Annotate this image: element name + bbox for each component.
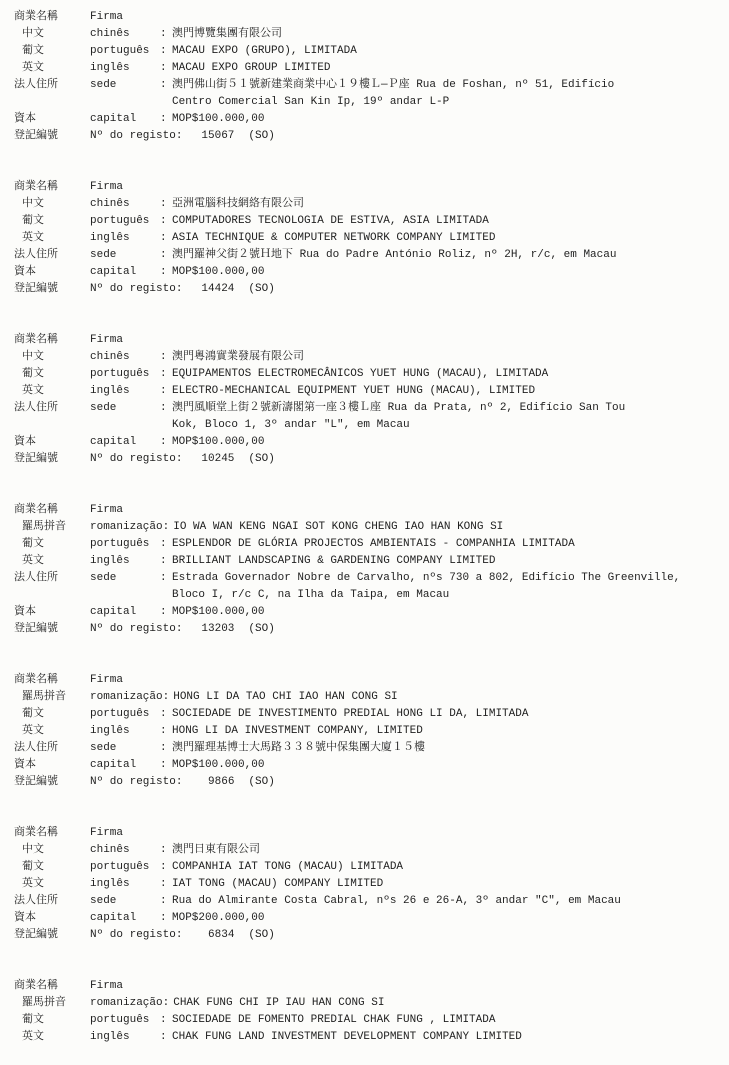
name-row-chinese: 中文 chinês : 亞洲電腦科技網絡有限公司 bbox=[14, 196, 719, 213]
registo-label-pt: Nº do registo: bbox=[90, 927, 182, 944]
label-zh: 羅馬拼音 bbox=[14, 995, 90, 1012]
company-name-portuguese: SOCIEDADE DE FOMENTO PREDIAL CHAK FUNG ,… bbox=[172, 1012, 495, 1029]
colon: : bbox=[160, 553, 172, 570]
registration-number: 14424 bbox=[182, 281, 234, 298]
label-zh: 葡文 bbox=[14, 1012, 90, 1029]
firma-label-pt: Firma bbox=[90, 9, 160, 26]
colon: : bbox=[160, 876, 172, 893]
colon: : bbox=[160, 264, 172, 281]
firma-label-zh: 商業名稱 bbox=[14, 9, 90, 26]
firma-row: 商業名稱 Firma bbox=[14, 672, 719, 689]
name-row-romanization: 羅馬拼音 romanização: HONG LI DA TAO CHI IAO… bbox=[14, 689, 719, 706]
colon: : bbox=[160, 842, 172, 859]
capital-label-pt: capital bbox=[90, 757, 160, 774]
colon: : bbox=[160, 213, 172, 230]
name-row-portuguese: 葡文 português : ESPLENDOR DE GLÓRIA PROJE… bbox=[14, 536, 719, 553]
capital-value: MOP$100.000,00 bbox=[172, 604, 264, 621]
registration-note: (SO) bbox=[248, 774, 274, 791]
colon: : bbox=[160, 723, 172, 740]
label-zh: 葡文 bbox=[14, 536, 90, 553]
label-pt: português bbox=[90, 43, 160, 60]
sede-label-pt: sede bbox=[90, 893, 160, 910]
company-name-chinese: 澳門粵鴻實業發展有限公司 bbox=[172, 349, 304, 366]
registo-label-pt: Nº do registo: bbox=[90, 128, 182, 145]
name-row-chinese: 中文 chinês : 澳門博覽集團有限公司 bbox=[14, 26, 719, 43]
sede-continuation-row: Kok, Bloco 1, 3º andar "L", em Macau bbox=[14, 417, 719, 434]
company-name-portuguese: COMPANHIA IAT TONG (MACAU) LIMITADA bbox=[172, 859, 403, 876]
company-name-portuguese: SOCIEDADE DE INVESTIMENTO PREDIAL HONG L… bbox=[172, 706, 528, 723]
sede-label-zh: 法人住所 bbox=[14, 740, 90, 757]
colon: : bbox=[160, 740, 172, 757]
company-name-romanized: CHAK FUNG CHI IP IAU HAN CONG SI bbox=[173, 995, 384, 1012]
registration-number: 6834 bbox=[182, 927, 234, 944]
capital-row: 資本 capital : MOP$100.000,00 bbox=[14, 604, 719, 621]
capital-label-zh: 資本 bbox=[14, 910, 90, 927]
name-row-english: 英文 inglês : HONG LI DA INVESTMENT COMPAN… bbox=[14, 723, 719, 740]
label-pt: português bbox=[90, 859, 160, 876]
sede-label-pt: sede bbox=[90, 570, 160, 587]
name-row-portuguese: 葡文 português : SOCIEDADE DE FOMENTO PRED… bbox=[14, 1012, 719, 1029]
label-pt: romanização: bbox=[90, 519, 169, 536]
colon: : bbox=[160, 604, 172, 621]
name-row-chinese: 中文 chinês : 澳門粵鴻實業發展有限公司 bbox=[14, 349, 719, 366]
label-zh: 葡文 bbox=[14, 859, 90, 876]
sede-label-zh: 法人住所 bbox=[14, 77, 90, 94]
registry-page: 商業名稱 Firma 中文 chinês : 澳門博覽集團有限公司 葡文 por… bbox=[0, 0, 729, 1046]
capital-label-pt: capital bbox=[90, 111, 160, 128]
company-name-english: IAT TONG (MACAU) COMPANY LIMITED bbox=[172, 876, 383, 893]
label-pt: chinês bbox=[90, 349, 160, 366]
firma-row: 商業名稱 Firma bbox=[14, 502, 719, 519]
colon: : bbox=[160, 366, 172, 383]
name-row-romanization: 羅馬拼音 romanização: IO WA WAN KENG NGAI SO… bbox=[14, 519, 719, 536]
company-name-portuguese: ESPLENDOR DE GLÓRIA PROJECTOS AMBIENTAIS… bbox=[172, 536, 575, 553]
firma-label-pt: Firma bbox=[90, 825, 160, 842]
sede-row: 法人住所 sede : 澳門羅神父街２號Ｈ地下 Rua do Padre Ant… bbox=[14, 247, 719, 264]
label-zh: 英文 bbox=[14, 876, 90, 893]
registo-row: 登記編號 Nº do registo: 15067 (SO) bbox=[14, 128, 719, 145]
name-row-romanization: 羅馬拼音 romanização: CHAK FUNG CHI IP IAU H… bbox=[14, 995, 719, 1012]
colon: : bbox=[160, 757, 172, 774]
label-zh: 葡文 bbox=[14, 366, 90, 383]
colon: : bbox=[160, 196, 172, 213]
label-pt: romanização: bbox=[90, 689, 169, 706]
address-line: Kok, Bloco 1, 3º andar "L", em Macau bbox=[172, 417, 410, 434]
company-name-chinese: 亞洲電腦科技網絡有限公司 bbox=[172, 196, 304, 213]
colon: : bbox=[160, 230, 172, 247]
registration-number: 9866 bbox=[182, 774, 234, 791]
company-name-portuguese: MACAU EXPO (GRUPO), LIMITADA bbox=[172, 43, 357, 60]
sede-label-pt: sede bbox=[90, 400, 160, 417]
label-zh: 羅馬拼音 bbox=[14, 519, 90, 536]
label-pt: inglês bbox=[90, 876, 160, 893]
company-name-portuguese: EQUIPAMENTOS ELECTROMECÂNICOS YUET HUNG … bbox=[172, 366, 548, 383]
firma-label-zh: 商業名稱 bbox=[14, 825, 90, 842]
label-zh: 葡文 bbox=[14, 213, 90, 230]
label-pt: português bbox=[90, 1012, 160, 1029]
sede-row: 法人住所 sede : Estrada Governador Nobre de … bbox=[14, 570, 719, 587]
label-zh: 中文 bbox=[14, 349, 90, 366]
company-name-chinese: 澳門博覽集團有限公司 bbox=[172, 26, 282, 43]
name-row-portuguese: 葡文 português : EQUIPAMENTOS ELECTROMECÂN… bbox=[14, 366, 719, 383]
name-row-english: 英文 inglês : ASIA TECHNIQUE & COMPUTER NE… bbox=[14, 230, 719, 247]
registry-entry-6: 商業名稱 Firma 中文 chinês : 澳門日東有限公司 葡文 portu… bbox=[14, 825, 719, 944]
colon: : bbox=[160, 570, 172, 587]
colon: : bbox=[160, 910, 172, 927]
capital-label-pt: capital bbox=[90, 264, 160, 281]
firma-label-pt: Firma bbox=[90, 179, 160, 196]
firma-label-zh: 商業名稱 bbox=[14, 978, 90, 995]
registration-number: 13203 bbox=[182, 621, 234, 638]
label-zh: 羅馬拼音 bbox=[14, 689, 90, 706]
firma-label-zh: 商業名稱 bbox=[14, 179, 90, 196]
name-row-english: 英文 inglês : ELECTRO-MECHANICAL EQUIPMENT… bbox=[14, 383, 719, 400]
label-pt: chinês bbox=[90, 26, 160, 43]
company-name-portuguese: COMPUTADORES TECNOLOGIA DE ESTIVA, ASIA … bbox=[172, 213, 489, 230]
firma-label-pt: Firma bbox=[90, 502, 160, 519]
firma-row: 商業名稱 Firma bbox=[14, 9, 719, 26]
capital-label-zh: 資本 bbox=[14, 434, 90, 451]
firma-row: 商業名稱 Firma bbox=[14, 978, 719, 995]
label-zh: 英文 bbox=[14, 1029, 90, 1046]
colon: : bbox=[160, 1029, 172, 1046]
registry-entry-1: 商業名稱 Firma 中文 chinês : 澳門博覽集團有限公司 葡文 por… bbox=[14, 9, 719, 145]
registo-label-pt: Nº do registo: bbox=[90, 774, 182, 791]
name-row-portuguese: 葡文 português : MACAU EXPO (GRUPO), LIMIT… bbox=[14, 43, 719, 60]
registo-label-zh: 登記編號 bbox=[14, 128, 90, 145]
sede-label-pt: sede bbox=[90, 247, 160, 264]
label-zh: 英文 bbox=[14, 553, 90, 570]
address-line: Rua do Almirante Costa Cabral, nºs 26 e … bbox=[172, 893, 621, 910]
registo-label-zh: 登記編號 bbox=[14, 281, 90, 298]
label-zh: 英文 bbox=[14, 230, 90, 247]
registration-note: (SO) bbox=[248, 128, 274, 145]
capital-row: 資本 capital : MOP$100.000,00 bbox=[14, 757, 719, 774]
label-zh: 英文 bbox=[14, 723, 90, 740]
colon: : bbox=[160, 77, 172, 94]
colon: : bbox=[160, 349, 172, 366]
registo-row: 登記編號 Nº do registo: 10245 (SO) bbox=[14, 451, 719, 468]
capital-row: 資本 capital : MOP$100.000,00 bbox=[14, 434, 719, 451]
label-zh: 中文 bbox=[14, 842, 90, 859]
firma-label-pt: Firma bbox=[90, 672, 160, 689]
colon: : bbox=[160, 26, 172, 43]
registo-row: 登記編號 Nº do registo: 9866 (SO) bbox=[14, 774, 719, 791]
registo-label-zh: 登記編號 bbox=[14, 621, 90, 638]
firma-row: 商業名稱 Firma bbox=[14, 332, 719, 349]
registry-entry-3: 商業名稱 Firma 中文 chinês : 澳門粵鴻實業發展有限公司 葡文 p… bbox=[14, 332, 719, 468]
capital-label-zh: 資本 bbox=[14, 264, 90, 281]
firma-label-zh: 商業名稱 bbox=[14, 502, 90, 519]
company-name-english: BRILLIANT LANDSCAPING & GARDENING COMPAN… bbox=[172, 553, 495, 570]
registo-row: 登記編號 Nº do registo: 13203 (SO) bbox=[14, 621, 719, 638]
registo-label-pt: Nº do registo: bbox=[90, 451, 182, 468]
colon: : bbox=[160, 893, 172, 910]
sede-label-zh: 法人住所 bbox=[14, 893, 90, 910]
capital-label-zh: 資本 bbox=[14, 111, 90, 128]
name-row-english: 英文 inglês : CHAK FUNG LAND INVESTMENT DE… bbox=[14, 1029, 719, 1046]
name-row-english: 英文 inglês : BRILLIANT LANDSCAPING & GARD… bbox=[14, 553, 719, 570]
label-pt: inglês bbox=[90, 383, 160, 400]
address-line: Centro Comercial San Kin Ip, 19º andar L… bbox=[172, 94, 449, 111]
registration-note: (SO) bbox=[248, 927, 274, 944]
capital-row: 資本 capital : MOP$100.000,00 bbox=[14, 264, 719, 281]
capital-value: MOP$100.000,00 bbox=[172, 434, 264, 451]
registration-note: (SO) bbox=[248, 451, 274, 468]
firma-row: 商業名稱 Firma bbox=[14, 179, 719, 196]
sede-row: 法人住所 sede : Rua do Almirante Costa Cabra… bbox=[14, 893, 719, 910]
name-row-portuguese: 葡文 português : COMPUTADORES TECNOLOGIA D… bbox=[14, 213, 719, 230]
name-row-portuguese: 葡文 português : COMPANHIA IAT TONG (MACAU… bbox=[14, 859, 719, 876]
capital-value: MOP$200.000,00 bbox=[172, 910, 264, 927]
company-name-romanized: HONG LI DA TAO CHI IAO HAN CONG SI bbox=[173, 689, 397, 706]
registo-label-zh: 登記編號 bbox=[14, 451, 90, 468]
registration-number: 10245 bbox=[182, 451, 234, 468]
company-name-english: CHAK FUNG LAND INVESTMENT DEVELOPMENT CO… bbox=[172, 1029, 522, 1046]
colon: : bbox=[160, 400, 172, 417]
company-name-english: ASIA TECHNIQUE & COMPUTER NETWORK COMPAN… bbox=[172, 230, 495, 247]
registo-label-pt: Nº do registo: bbox=[90, 621, 182, 638]
name-row-english: 英文 inglês : MACAU EXPO GROUP LIMITED bbox=[14, 60, 719, 77]
sede-row: 法人住所 sede : 澳門羅理基博士大馬路３３８號中保集團大廈１５樓 bbox=[14, 740, 719, 757]
registry-entry-4: 商業名稱 Firma 羅馬拼音 romanização: IO WA WAN K… bbox=[14, 502, 719, 638]
colon: : bbox=[160, 43, 172, 60]
label-pt: inglês bbox=[90, 1029, 160, 1046]
name-row-english: 英文 inglês : IAT TONG (MACAU) COMPANY LIM… bbox=[14, 876, 719, 893]
label-pt: chinês bbox=[90, 842, 160, 859]
sede-label-pt: sede bbox=[90, 740, 160, 757]
capital-row: 資本 capital : MOP$100.000,00 bbox=[14, 111, 719, 128]
registo-label-pt: Nº do registo: bbox=[90, 281, 182, 298]
address-line: 澳門羅神父街２號Ｈ地下 Rua do Padre António Roliz, … bbox=[172, 247, 616, 264]
address-line: 澳門風順堂上街２號新濤閣第一座３樓Ｌ座 Rua da Prata, nº 2, … bbox=[172, 400, 625, 417]
registo-label-zh: 登記編號 bbox=[14, 927, 90, 944]
label-zh: 中文 bbox=[14, 26, 90, 43]
label-zh: 葡文 bbox=[14, 706, 90, 723]
capital-label-pt: capital bbox=[90, 910, 160, 927]
colon: : bbox=[160, 1012, 172, 1029]
label-pt: chinês bbox=[90, 196, 160, 213]
capital-label-pt: capital bbox=[90, 434, 160, 451]
sede-label-zh: 法人住所 bbox=[14, 247, 90, 264]
label-pt: inglês bbox=[90, 60, 160, 77]
firma-label-pt: Firma bbox=[90, 978, 160, 995]
registo-row: 登記編號 Nº do registo: 6834 (SO) bbox=[14, 927, 719, 944]
registo-label-zh: 登記編號 bbox=[14, 774, 90, 791]
label-pt: português bbox=[90, 366, 160, 383]
capital-value: MOP$100.000,00 bbox=[172, 757, 264, 774]
capital-label-zh: 資本 bbox=[14, 757, 90, 774]
colon: : bbox=[160, 434, 172, 451]
sede-row: 法人住所 sede : 澳門風順堂上街２號新濤閣第一座３樓Ｌ座 Rua da P… bbox=[14, 400, 719, 417]
colon: : bbox=[160, 859, 172, 876]
company-name-romanized: IO WA WAN KENG NGAI SOT KONG CHENG IAO H… bbox=[173, 519, 503, 536]
capital-label-zh: 資本 bbox=[14, 604, 90, 621]
colon: : bbox=[160, 111, 172, 128]
label-pt: português bbox=[90, 213, 160, 230]
sede-continuation-row: Centro Comercial San Kin Ip, 19º andar L… bbox=[14, 94, 719, 111]
company-name-english: HONG LI DA INVESTMENT COMPANY, LIMITED bbox=[172, 723, 423, 740]
label-pt: português bbox=[90, 706, 160, 723]
sede-continuation-row: Bloco I, r/c C, na Ilha da Taipa, em Mac… bbox=[14, 587, 719, 604]
address-line: Bloco I, r/c C, na Ilha da Taipa, em Mac… bbox=[172, 587, 449, 604]
label-pt: inglês bbox=[90, 723, 160, 740]
capital-value: MOP$100.000,00 bbox=[172, 111, 264, 128]
capital-value: MOP$100.000,00 bbox=[172, 264, 264, 281]
company-name-english: ELECTRO-MECHANICAL EQUIPMENT YUET HUNG (… bbox=[172, 383, 535, 400]
name-row-portuguese: 葡文 português : SOCIEDADE DE INVESTIMENTO… bbox=[14, 706, 719, 723]
company-name-chinese: 澳門日東有限公司 bbox=[172, 842, 260, 859]
firma-label-zh: 商業名稱 bbox=[14, 672, 90, 689]
capital-row: 資本 capital : MOP$200.000,00 bbox=[14, 910, 719, 927]
label-pt: romanização: bbox=[90, 995, 169, 1012]
label-zh: 中文 bbox=[14, 196, 90, 213]
firma-label-pt: Firma bbox=[90, 332, 160, 349]
registration-note: (SO) bbox=[248, 621, 274, 638]
firma-row: 商業名稱 Firma bbox=[14, 825, 719, 842]
registry-entry-5: 商業名稱 Firma 羅馬拼音 romanização: HONG LI DA … bbox=[14, 672, 719, 791]
sede-label-pt: sede bbox=[90, 77, 160, 94]
sede-label-zh: 法人住所 bbox=[14, 570, 90, 587]
company-name-english: MACAU EXPO GROUP LIMITED bbox=[172, 60, 330, 77]
capital-label-pt: capital bbox=[90, 604, 160, 621]
address-line: 澳門佛山街５１號新建業商業中心１９樓Ｌ—Ｐ座 Rua de Foshan, nº… bbox=[172, 77, 614, 94]
registration-note: (SO) bbox=[248, 281, 274, 298]
registo-row: 登記編號 Nº do registo: 14424 (SO) bbox=[14, 281, 719, 298]
colon: : bbox=[160, 383, 172, 400]
address-line: Estrada Governador Nobre de Carvalho, nº… bbox=[172, 570, 680, 587]
label-zh: 葡文 bbox=[14, 43, 90, 60]
label-zh: 英文 bbox=[14, 383, 90, 400]
sede-row: 法人住所 sede : 澳門佛山街５１號新建業商業中心１９樓Ｌ—Ｐ座 Rua d… bbox=[14, 77, 719, 94]
colon: : bbox=[160, 706, 172, 723]
colon: : bbox=[160, 536, 172, 553]
firma-label-zh: 商業名稱 bbox=[14, 332, 90, 349]
registration-number: 15067 bbox=[182, 128, 234, 145]
label-zh: 英文 bbox=[14, 60, 90, 77]
sede-label-zh: 法人住所 bbox=[14, 400, 90, 417]
registry-entry-7: 商業名稱 Firma 羅馬拼音 romanização: CHAK FUNG C… bbox=[14, 978, 719, 1046]
colon: : bbox=[160, 247, 172, 264]
registry-entry-2: 商業名稱 Firma 中文 chinês : 亞洲電腦科技網絡有限公司 葡文 p… bbox=[14, 179, 719, 298]
label-pt: inglês bbox=[90, 230, 160, 247]
name-row-chinese: 中文 chinês : 澳門日東有限公司 bbox=[14, 842, 719, 859]
colon: : bbox=[160, 60, 172, 77]
label-pt: português bbox=[90, 536, 160, 553]
address-line: 澳門羅理基博士大馬路３３８號中保集團大廈１５樓 bbox=[172, 740, 425, 757]
label-pt: inglês bbox=[90, 553, 160, 570]
